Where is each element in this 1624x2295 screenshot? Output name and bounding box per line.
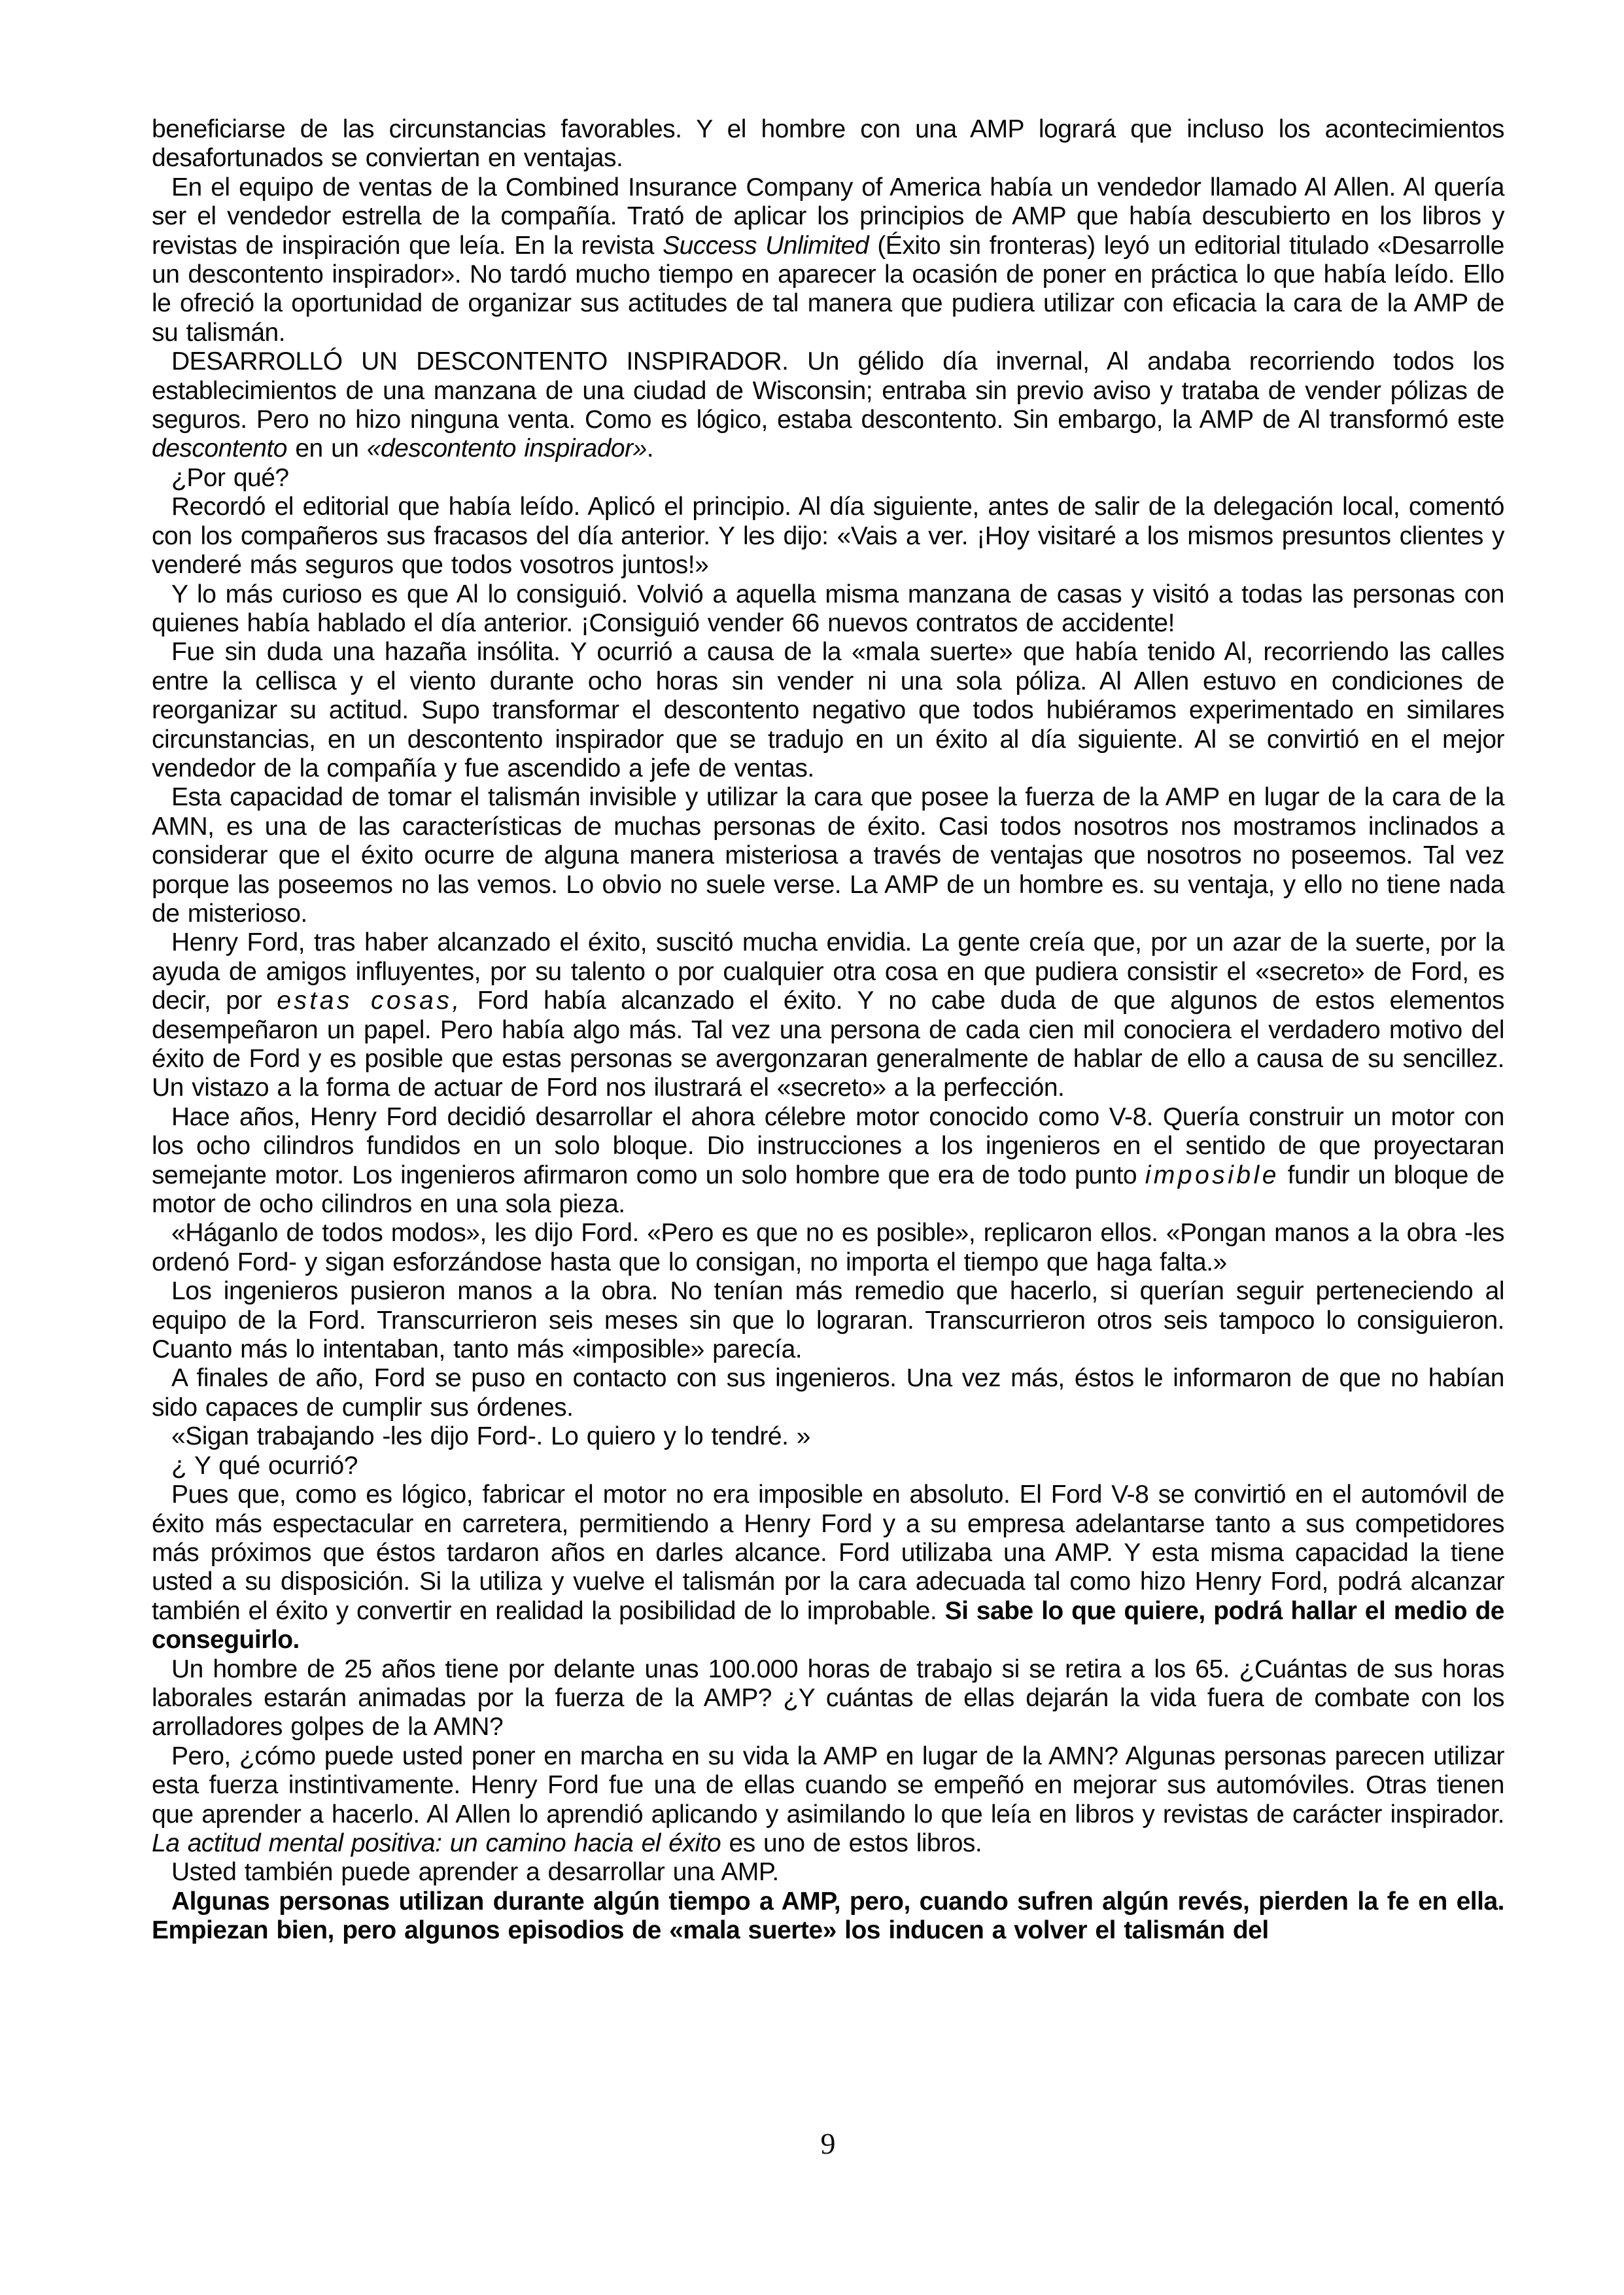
text-run: imposible [1145, 1161, 1279, 1189]
paragraph: Recordó el editorial que había leído. Ap… [152, 493, 1504, 580]
text-run: Y lo más curioso es que Al lo consiguió.… [152, 580, 1504, 637]
text-run: descontento [152, 434, 287, 463]
paragraph: beneficiarse de las circunstancias favor… [152, 115, 1504, 173]
text-column: beneficiarse de las circunstancias favor… [152, 115, 1504, 1946]
paragraph: Pero, ¿cómo puede usted poner en marcha … [152, 1742, 1504, 1859]
text-run: La actitud mental positiva: un camino ha… [152, 1829, 721, 1857]
paragraph: ¿ Y qué ocurrió? [152, 1452, 1504, 1480]
paragraph: Y lo más curioso es que Al lo consiguió.… [152, 580, 1504, 639]
paragraph: Algunas personas utilizan durante algún … [152, 1887, 1504, 1946]
text-run: Un hombre de 25 años tiene por delante u… [152, 1655, 1504, 1742]
paragraph: ¿Por qué? [152, 464, 1504, 493]
text-run: A finales de año, Ford se puso en contac… [152, 1364, 1504, 1421]
paragraph: «Sigan trabajando -les dijo Ford-. Lo qu… [152, 1422, 1504, 1451]
text-run: DESARROLLÓ UN DESCONTENTO INSPIRADOR. Un… [152, 347, 1504, 434]
text-run: estas cosas, [277, 987, 462, 1015]
paragraph: Henry Ford, tras haber alcanzado el éxit… [152, 928, 1504, 1102]
text-run: Algunas personas utilizan durante algún … [152, 1887, 1504, 1944]
text-run: Fue sin duda una hazaña insólita. Y ocur… [152, 638, 1504, 782]
text-run: Success Unlimited [663, 232, 869, 260]
text-run: en un [287, 434, 367, 463]
text-run: . [647, 434, 653, 463]
text-run: «Háganlo de todos modos», les dijo Ford.… [152, 1219, 1504, 1276]
text-run: ¿ Y qué ocurrió? [171, 1452, 358, 1480]
text-run: es uno de estos libros. [721, 1829, 982, 1857]
text-run: Pero, ¿cómo puede usted poner en marcha … [152, 1742, 1504, 1829]
text-run: Recordó el editorial que había leído. Ap… [152, 493, 1504, 579]
paragraph: Los ingenieros pusieron manos a la obra.… [152, 1277, 1504, 1364]
paragraph: Un hombre de 25 años tiene por delante u… [152, 1655, 1504, 1742]
text-run: Esta capacidad de tomar el talismán invi… [152, 783, 1504, 928]
text-run: «descontento inspirador» [367, 434, 647, 463]
paragraph: Hace años, Henry Ford decidió desarrolla… [152, 1103, 1504, 1219]
paragraph: Fue sin duda una hazaña insólita. Y ocur… [152, 638, 1504, 783]
page-number: 9 [152, 2128, 1504, 2160]
text-run: Usted también puede aprender a desarroll… [171, 1858, 779, 1886]
paragraph: Pues que, como es lógico, fabricar el mo… [152, 1480, 1504, 1655]
paragraph: Usted también puede aprender a desarroll… [152, 1858, 1504, 1887]
book-page: beneficiarse de las circunstancias favor… [0, 0, 1624, 2295]
paragraph: Esta capacidad de tomar el talismán invi… [152, 783, 1504, 928]
text-run: «Sigan trabajando -les dijo Ford-. Lo qu… [171, 1422, 810, 1450]
paragraph: DESARROLLÓ UN DESCONTENTO INSPIRADOR. Un… [152, 347, 1504, 464]
text-run: beneficiarse de las circunstancias favor… [152, 115, 1504, 172]
text-run: ¿Por qué? [171, 464, 289, 492]
paragraph: «Háganlo de todos modos», les dijo Ford.… [152, 1219, 1504, 1277]
text-run: Los ingenieros pusieron manos a la obra.… [152, 1277, 1504, 1363]
paragraph: En el equipo de ventas de la Combined In… [152, 173, 1504, 347]
paragraph: A finales de año, Ford se puso en contac… [152, 1364, 1504, 1422]
